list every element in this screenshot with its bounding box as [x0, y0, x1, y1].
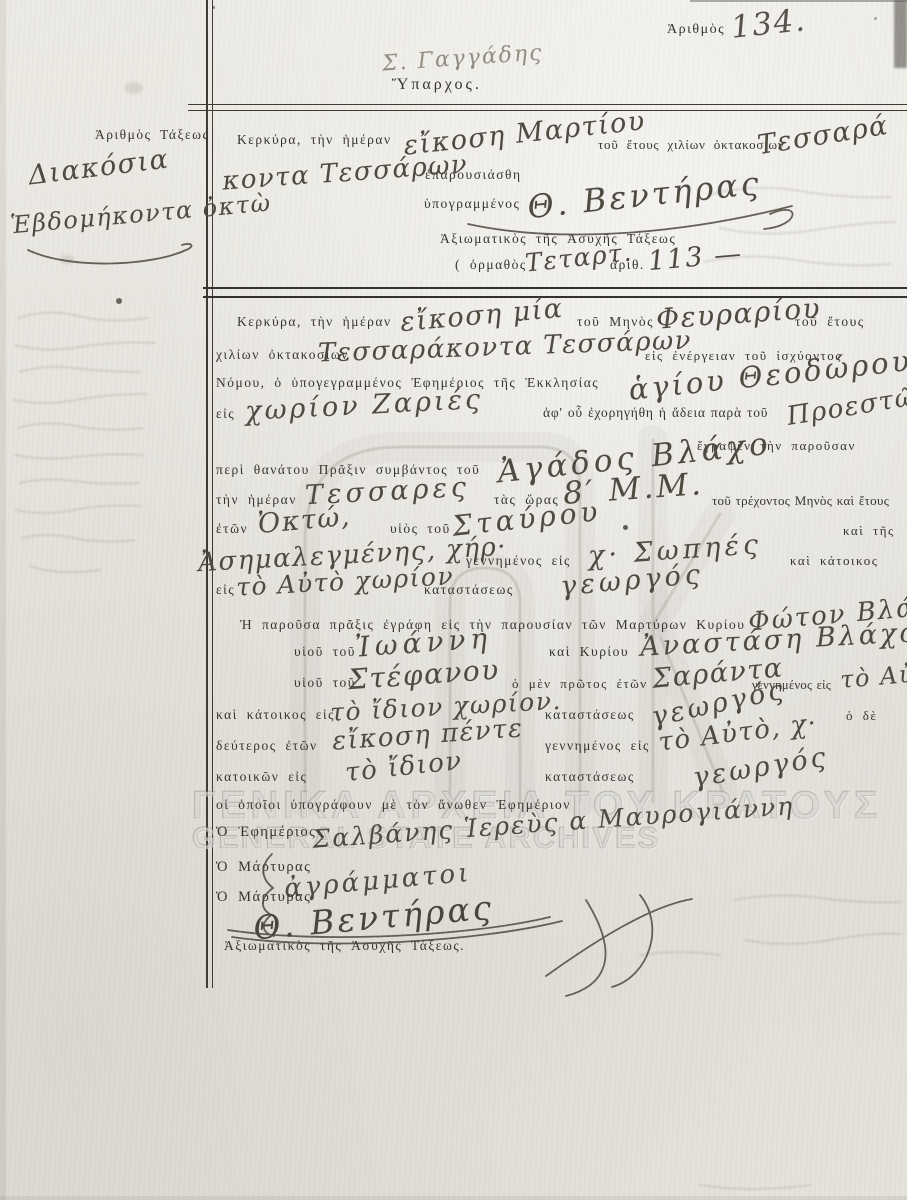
paper-blotch [125, 82, 143, 94]
scan-edge-artifact [690, 0, 907, 2]
ink-speck [623, 525, 628, 530]
scan-edge-artifact [0, 1196, 907, 1200]
ink-speck [116, 298, 122, 304]
scan-edge-artifact [894, 0, 907, 68]
ink-speck [212, 6, 215, 9]
scanned-death-record-page: ΓΕΝΙΚΑ ΑΡΧΕΙΑ ΤΟΥ ΚΡΑΤΟΥΣ GENERAL STATE … [0, 0, 907, 1200]
scan-edge-artifact [0, 0, 6, 1200]
paper-blotch [60, 255, 74, 264]
bleedthrough-marks [0, 0, 907, 1200]
ink-speck [874, 17, 877, 20]
